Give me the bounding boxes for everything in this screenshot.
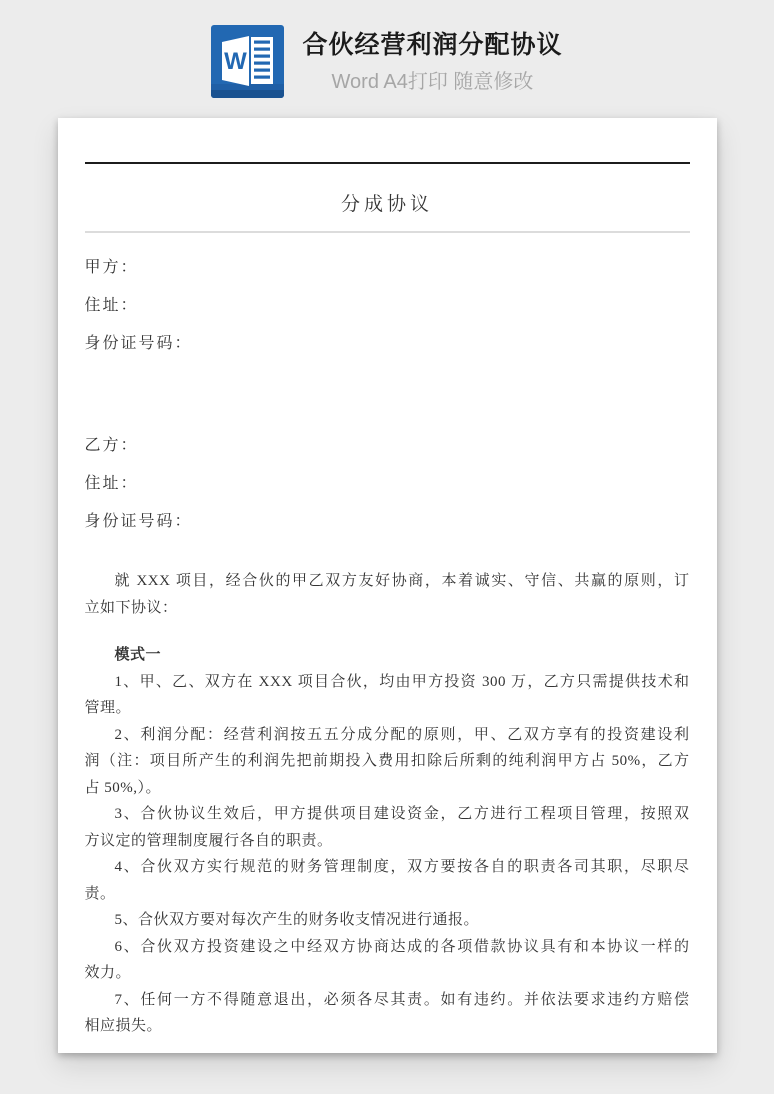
party-a-line: 身份证号码： bbox=[85, 332, 690, 356]
body-line: 模式一 bbox=[85, 642, 690, 669]
body-line: 5、合伙双方要对每次产生的财务收支情况进行通报。 bbox=[85, 907, 690, 934]
body-line: 方议定的管理制度履行各自的职责。 bbox=[85, 828, 690, 855]
body-line: 2、利润分配：经营利润按五五分成分配的原则，甲、乙双方享有的投资建设利 bbox=[85, 722, 690, 749]
party-a-line: 甲方： bbox=[85, 256, 690, 280]
body-line: 立如下协议： bbox=[85, 595, 690, 622]
party-b-line: 身份证号码： bbox=[85, 510, 690, 534]
document-page: 分成协议 甲方：住址：身份证号码： 乙方：住址：身份证号码： 就 XXX 项目，… bbox=[58, 118, 717, 1053]
word-logo-letter: W bbox=[225, 48, 248, 75]
body-line: 占 50%,）。 bbox=[85, 775, 690, 802]
title-rule-thin bbox=[85, 231, 690, 233]
header-rule-thick bbox=[85, 162, 690, 164]
body-line: 7、任何一方不得随意退出，必须各尽其责。如有违约。并依法要求违约方赔偿 bbox=[85, 987, 690, 1014]
party-a-line: 住址： bbox=[85, 294, 690, 318]
party-b-line: 住址： bbox=[85, 472, 690, 496]
body-block: 就 XXX 项目，经合伙的甲乙双方友好协商，本着诚实、守信、共赢的原则，订立如下… bbox=[85, 568, 690, 1040]
body-line: 效力。 bbox=[85, 960, 690, 987]
body-line: 就 XXX 项目，经合伙的甲乙双方友好协商，本着诚实、守信、共赢的原则，订 bbox=[85, 568, 690, 595]
party-b-block: 乙方：住址：身份证号码： bbox=[85, 434, 690, 534]
party-b-line: 乙方： bbox=[85, 434, 690, 458]
body-line: 相应损失。 bbox=[85, 1013, 690, 1040]
body-line: 6、合伙双方投资建设之中经双方协商达成的各项借款协议具有和本协议一样的 bbox=[85, 934, 690, 961]
body-line: 责。 bbox=[85, 881, 690, 908]
party-gap bbox=[85, 370, 690, 411]
header-title: 合伙经营利润分配协议 bbox=[302, 29, 562, 61]
page-header: W 合伙经营利润分配协议 Word A4打印 随意修改 bbox=[0, 0, 774, 98]
page-background: { "header": { "title": "合伙经营利润分配协议", "su… bbox=[0, 0, 774, 1094]
header-text-block: 合伙经营利润分配协议 Word A4打印 随意修改 bbox=[302, 29, 562, 94]
body-line: 1、甲、乙、双方在 XXX 项目合伙，均由甲方投资 300 万，乙方只需提供技术… bbox=[85, 669, 690, 696]
body-line: 3、合伙协议生效后，甲方提供项目建设资金，乙方进行工程项目管理，按照双 bbox=[85, 801, 690, 828]
document-title: 分成协议 bbox=[85, 193, 690, 217]
word-logo-icon: W bbox=[211, 25, 284, 98]
header-subtitle: Word A4打印 随意修改 bbox=[332, 70, 534, 94]
body-line: 4、合伙双方实行规范的财务管理制度，双方要按各自的职责各司其职，尽职尽 bbox=[85, 854, 690, 881]
body-line: 管理。 bbox=[85, 695, 690, 722]
party-a-block: 甲方：住址：身份证号码： bbox=[85, 256, 690, 356]
body-line: 润（注：项目所产生的利润先把前期投入费用扣除后所剩的纯利润甲方占 50%，乙方 bbox=[85, 748, 690, 775]
